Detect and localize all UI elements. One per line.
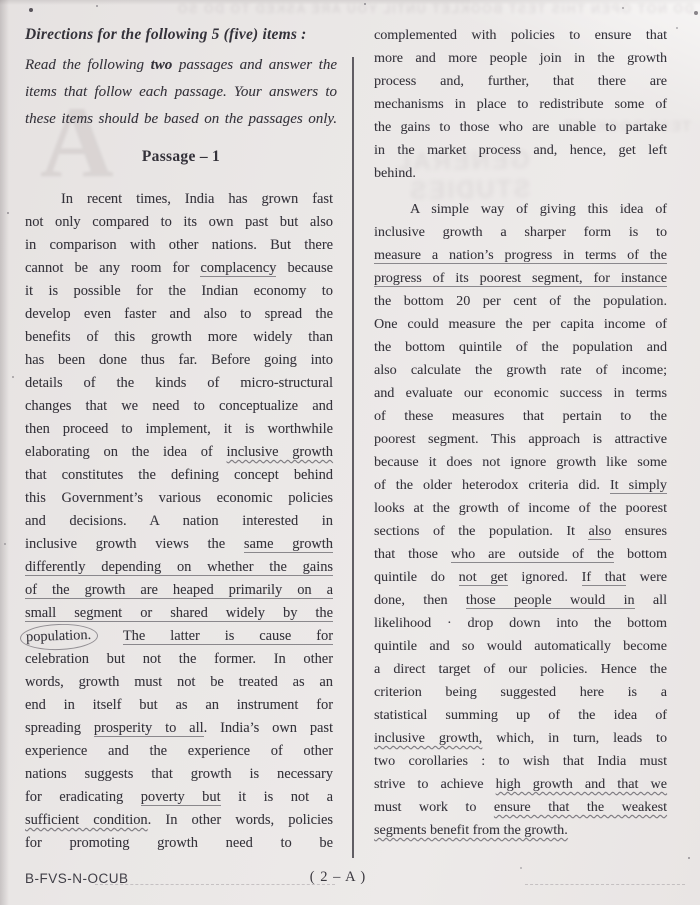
passage-line: this Government’s various economic polic…	[25, 487, 333, 510]
passage-line: complemented with policies to ensure tha…	[374, 24, 667, 47]
passage-line: mechanisms in place to redistribute some…	[374, 93, 667, 116]
text-segment: behind.	[374, 165, 416, 181]
passage-line: poorest segment. This approach is attrac…	[374, 428, 667, 451]
right-column: complemented with policies to ensure tha…	[374, 24, 667, 842]
passage-line: develop even faster and also to spread t…	[25, 303, 333, 326]
annotated-text: same growth	[244, 536, 333, 553]
passage-line: because it does not ignore growth like s…	[374, 451, 667, 474]
passage-line: quintile do not get ignored. If that wer…	[374, 566, 667, 589]
passage-line: cannot be any room for complacency becau…	[25, 257, 333, 280]
annotated-text: ensure that the weakest	[494, 799, 667, 815]
text-segment: the bottom 20 per cent of the population…	[374, 293, 667, 309]
passage-line: criterion being suggested here is a	[374, 681, 667, 704]
passage-line: for promoting growth need to be	[25, 832, 333, 855]
passage-line: in the market process and, hence, get le…	[374, 139, 667, 162]
text-segment: because	[276, 260, 333, 276]
text-segment: it is possible for the Indian economy to	[25, 283, 333, 299]
text-segment: . In other words, policies	[148, 812, 333, 828]
passage-line: and decisions. A nation interested in	[25, 510, 333, 533]
text-segment: quintile and so would automatically beco…	[374, 638, 667, 654]
passage-line: for eradicating poverty but it is not a	[25, 786, 333, 809]
text-segment: details of the kinds of micro-structural	[25, 375, 333, 391]
scan-edge-shadow	[0, 0, 9, 905]
passage-line: A simple way of giving this idea of	[374, 198, 667, 221]
annotated-text: of the growth are heaped primarily on a	[25, 582, 333, 599]
text-segment: spreading	[25, 720, 94, 736]
text-segment: cannot be any room for	[25, 260, 200, 276]
passage-line: process and, further, that there are	[374, 70, 667, 93]
passage-line: of these measures that pertain to the	[374, 405, 667, 428]
directions-heading: Directions for the following 5 (five) it…	[25, 22, 337, 48]
text-segment: also calculate the growth rate of income…	[374, 362, 667, 378]
annotated-text: sufficient condition	[25, 812, 148, 828]
text-segment: all	[635, 592, 667, 608]
annotated-text: measure a nation’s progress in terms of …	[374, 247, 667, 264]
column-divider-rule	[352, 57, 354, 858]
annotated-text: those people would in	[466, 592, 635, 609]
text-segment: One could measure the per capita income …	[374, 316, 667, 332]
annotated-text: high growth and that we	[496, 776, 667, 792]
scanned-exam-page: DO NOT OPEN THIS TEST BOOKLET UNTIL YOU …	[0, 0, 700, 905]
passage-line: celebration but not the former. In other	[25, 648, 333, 671]
passage-line: end in itself but as an instrument for	[25, 694, 333, 717]
annotated-text: prosperity to all	[94, 720, 204, 737]
text-segment: two corollaries : to wish that India mus…	[374, 753, 667, 769]
passage-line: sections of the population. It also ensu…	[374, 520, 667, 543]
text-segment: criterion being suggested here is a	[374, 684, 667, 700]
passage-line: population. The latter is cause for	[25, 625, 333, 648]
annotated-text: differently depending on whether the gai…	[25, 559, 333, 576]
text-segment: this Government’s various economic polic…	[25, 490, 333, 506]
page-number: ( 2 – A )	[0, 869, 676, 886]
annotated-text: poverty but	[141, 789, 221, 806]
passage-line: benefits of this growth more widely than	[25, 326, 333, 349]
text-segment: has been done thus far. Before going int…	[25, 352, 333, 368]
text-segment: ensures	[611, 523, 667, 539]
passage-line: also calculate the growth rate of income…	[374, 359, 667, 382]
text-segment: process and, further, that there are	[374, 73, 667, 89]
passage-line: more and more people join in the growth	[374, 47, 667, 70]
passage-line: elaborating on the idea of inclusive gro…	[25, 441, 333, 464]
text-segment: more and more people join in the growth	[374, 50, 667, 66]
annotated-text: The latter is cause for	[123, 628, 333, 645]
text-segment: benefits of this growth more widely than	[25, 329, 333, 345]
text-segment: in comparison with other nations. But th…	[25, 237, 333, 253]
annotated-text: two	[151, 57, 173, 73]
directions-body: Read the following two passages and answ…	[25, 52, 337, 133]
text-segment	[98, 628, 123, 644]
text-segment: then proceed to implement, it is worthwh…	[25, 421, 333, 437]
passage-line: measure a nation’s progress in terms of …	[374, 244, 667, 267]
passage-line: then proceed to implement, it is worthwh…	[25, 418, 333, 441]
text-segment: end in itself but as an instrument for	[25, 697, 333, 713]
text-segment: A simple way of giving this idea of	[410, 201, 667, 217]
passage-line: inclusive growth, which, in turn, leads …	[374, 727, 667, 750]
annotated-text: inclusive growth	[227, 444, 334, 460]
text-segment: poorest segment. This approach is attrac…	[374, 431, 667, 447]
text-segment: it is not a	[221, 789, 333, 805]
text-segment: the gains to those who are unable to par…	[374, 119, 667, 135]
passage-line: small segment or shared widely by the	[25, 602, 333, 625]
passage-line: the gains to those who are unable to par…	[374, 116, 667, 139]
text-segment: mechanisms in place to redistribute some…	[374, 96, 667, 112]
scan-specks	[0, 0, 2, 2]
passage-line: these items should be based on the passa…	[25, 106, 337, 133]
passage-line: strive to achieve high growth and that w…	[374, 773, 667, 796]
passage-line: progress of its poorest segment, for ins…	[374, 267, 667, 290]
passage-line: the bottom 20 per cent of the population…	[374, 290, 667, 313]
passage-line: two corollaries : to wish that India mus…	[374, 750, 667, 773]
passage-line: a direct target of our policies. Hence t…	[374, 658, 667, 681]
passage-line: differently depending on whether the gai…	[25, 556, 333, 579]
text-segment: done, then	[374, 592, 466, 608]
passage-line: experience and the experience of other	[25, 740, 333, 763]
text-segment: not only compared to its own past but al…	[25, 214, 333, 230]
annotated-text: also	[588, 523, 611, 540]
text-segment: inclusive growth views the	[25, 536, 244, 552]
text-segment: likelihood · drop down into the bottom	[374, 615, 667, 631]
passage-line: segments benefit from the growth.	[374, 819, 667, 842]
text-segment: strive to achieve	[374, 776, 496, 792]
text-segment: changes that we need to conceptualize an…	[25, 398, 333, 414]
annotated-text: segments benefit from the growth.	[374, 822, 568, 838]
passage-line: behind.	[374, 162, 667, 185]
text-segment: In recent times, India has grown fast	[61, 191, 333, 207]
text-segment: in the market process and, hence, get le…	[374, 142, 667, 158]
passage-line: items that follow each passage. Your ans…	[25, 79, 337, 106]
text-segment: of these measures that pertain to the	[374, 408, 667, 424]
passage-line: nations suggests that growth is necessar…	[25, 763, 333, 786]
text-segment: Read the following	[25, 57, 151, 73]
passage-line: In recent times, India has grown fast	[25, 188, 333, 211]
text-segment: nations suggests that growth is necessar…	[25, 766, 333, 782]
text-segment: that constitutes the defining concept be…	[25, 467, 333, 483]
text-segment: experience and the experience of other	[25, 743, 333, 759]
passage-line: Read the following two passages and answ…	[25, 52, 337, 79]
passage-line: done, then those people would in all	[374, 589, 667, 612]
text-segment: inclusive growth a sharper form is to	[374, 224, 667, 240]
text-segment: sections of the population. It	[374, 523, 588, 539]
text-segment: ignored.	[508, 569, 582, 585]
text-segment: and evaluate our economic success in ter…	[374, 385, 667, 401]
text-segment: elaborating on the idea of	[25, 444, 227, 460]
text-segment: for promoting growth need to be	[25, 835, 333, 851]
text-segment: quintile do	[374, 569, 459, 585]
passage-line: words, growth must not be treated as an	[25, 671, 333, 694]
text-segment: must work to	[374, 799, 494, 815]
text-segment: bottom	[614, 546, 667, 562]
text-segment: complemented with policies to ensure tha…	[374, 27, 667, 43]
passage-line: of the growth are heaped primarily on a	[25, 579, 333, 602]
text-segment: a direct target of our policies. Hence t…	[374, 661, 667, 677]
annotated-text: who are outside of the	[451, 546, 614, 563]
page-footer: B-FVS-N-OCUB ( 2 – A )	[0, 869, 700, 893]
passage-line: inclusive growth a sharper form is to	[374, 221, 667, 244]
annotated-text: inclusive growth,	[374, 730, 482, 746]
passage-line: quintile and so would automatically beco…	[374, 635, 667, 658]
passage-line: and evaluate our economic success in ter…	[374, 382, 667, 405]
passage-line: statistical summing up of the idea of	[374, 704, 667, 727]
passage-line: sufficient condition. In other words, po…	[25, 809, 333, 832]
text-segment: these items should be based on the passa…	[25, 111, 337, 127]
text-segment: celebration but not the former. In other	[25, 651, 333, 667]
passage-line: it is possible for the Indian economy to	[25, 280, 333, 303]
text-segment: were	[626, 569, 667, 585]
text-segment: for eradicating	[25, 789, 141, 805]
left-column: In recent times, India has grown fastnot…	[25, 188, 333, 855]
passage-line: the bottom quintile of the population an…	[374, 336, 667, 359]
passage-line: has been done thus far. Before going int…	[25, 349, 333, 372]
annotated-text: It simply	[610, 477, 667, 494]
passage-line: that those who are outside of the bottom	[374, 543, 667, 566]
text-segment: statistical summing up of the idea of	[374, 707, 667, 723]
passage-line: changes that we need to conceptualize an…	[25, 395, 333, 418]
text-segment: develop even faster and also to spread t…	[25, 306, 333, 322]
passage-line: spreading prosperity to all. India’s own…	[25, 717, 333, 740]
annotated-text: progress of its poorest segment, for ins…	[374, 270, 667, 287]
annotated-text: If that	[582, 569, 626, 586]
text-segment: . India’s own past	[204, 720, 333, 736]
passage-line: of the older heterodox criteria did. It …	[374, 474, 667, 497]
annotated-text: not get	[459, 569, 508, 586]
text-segment: looks at the growth of income of the poo…	[374, 500, 667, 516]
passage-line: in comparison with other nations. But th…	[25, 234, 333, 257]
text-segment: and decisions. A nation interested in	[25, 513, 333, 529]
text-segment: that those	[374, 546, 451, 562]
directions-block: Directions for the following 5 (five) it…	[25, 22, 337, 133]
text-segment: items that follow each passage. Your ans…	[25, 84, 337, 100]
passage-title: Passage – 1	[25, 148, 337, 166]
passage-line: must work to ensure that the weakest	[374, 796, 667, 819]
passage-line: not only compared to its own past but al…	[25, 211, 333, 234]
annotated-text: complacency	[200, 260, 276, 277]
text-segment: which, in turn, leads to	[482, 730, 667, 746]
passage-line: details of the kinds of micro-structural	[25, 372, 333, 395]
text-segment: the bottom quintile of the population an…	[374, 339, 667, 355]
text-segment: words, growth must not be treated as an	[25, 674, 333, 690]
passage-line: looks at the growth of income of the poo…	[374, 497, 667, 520]
text-segment: of the older heterodox criteria did.	[374, 477, 610, 493]
text-segment: because it does not ignore growth like s…	[374, 454, 667, 470]
passage-line: One could measure the per capita income …	[374, 313, 667, 336]
passage-line: that constitutes the defining concept be…	[25, 464, 333, 487]
passage-line: inclusive growth views the same growth	[25, 533, 333, 556]
passage-line: likelihood · drop down into the bottom	[374, 612, 667, 635]
text-segment: passages and answer the	[172, 57, 337, 73]
annotated-text: small segment or shared widely by the	[25, 605, 333, 622]
